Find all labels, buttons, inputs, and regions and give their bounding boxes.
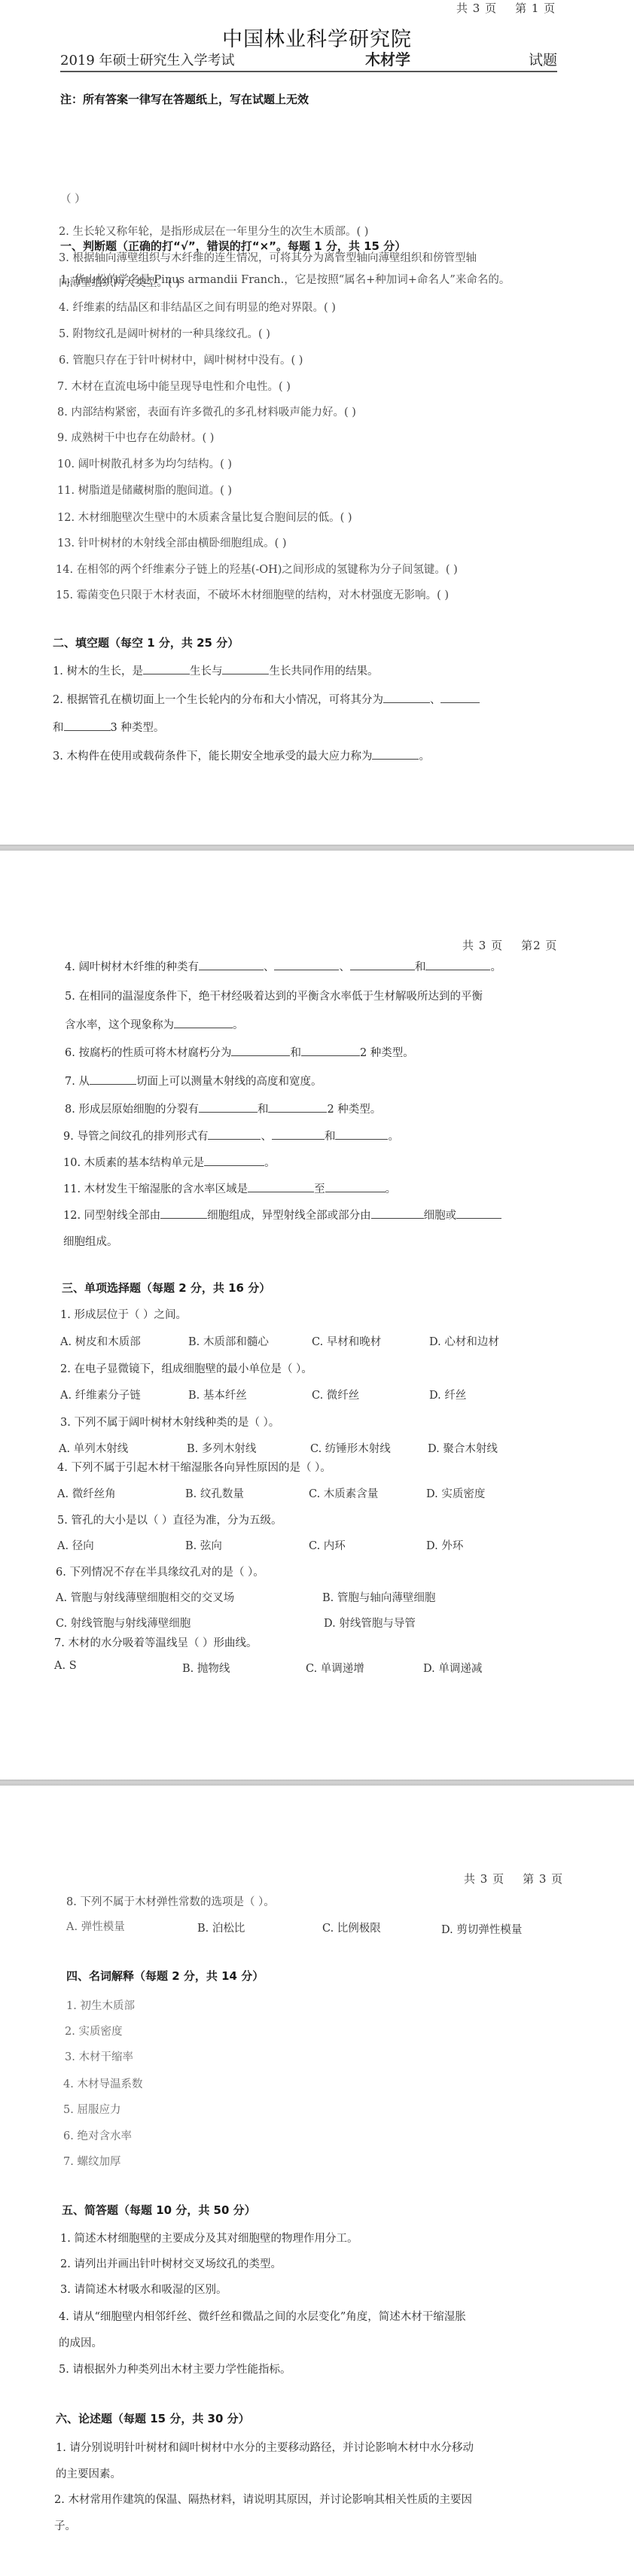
choice-option-d: D. 纤丝 [429, 1387, 466, 1402]
fill-text: 。 [388, 1131, 399, 1143]
fill-text: 2 种类型。 [327, 1104, 381, 1116]
answer-blank [350, 959, 415, 970]
judgment-item: 11. 树脂道是储藏树脂的胞间道。( ) [57, 482, 232, 498]
answer-blank [456, 1207, 501, 1219]
answer-blank [425, 959, 490, 970]
fill-item: 11. 木材发生干缩湿胀的含水率区域是至。 [63, 1180, 396, 1196]
definition-item: 7. 螺纹加厚 [63, 2153, 120, 2169]
judgment-item: 9. 成熟树干中也存在幼龄材。( ) [57, 429, 214, 445]
answer-blank [248, 1181, 314, 1192]
short-answer-item: 2. 请列出并画出针叶树材交叉场纹孔的类型。 [60, 2255, 282, 2271]
choice-option-d: D. 实质密度 [426, 1485, 485, 1501]
choice-option-c: C. 射线管胞与射线薄壁细胞 [56, 1615, 191, 1631]
fill-text: 。 [233, 1019, 244, 1031]
fill-item-cont: 含水率，这个现象称为。 [65, 1016, 244, 1032]
fill-text: 11. 木材发生干缩湿胀的含水率区域是 [63, 1183, 248, 1195]
instruction-note: 注：所有答案一律写在答题纸上，写在试题上无效 [60, 91, 309, 107]
choice-option-b: B. 基本纤丝 [188, 1387, 247, 1402]
choice-option-b: B. 多列木射线 [187, 1440, 256, 1456]
choice-question: 5. 管孔的大小是以（ ）直径为准，分为五级。 [57, 1512, 282, 1527]
fill-item: 12. 同型射线全部由细胞组成，异型射线全部或部分由细胞或 [63, 1207, 501, 1223]
choice-option-a: A. 径向 [57, 1537, 94, 1553]
section-heading-essay: 六、论述题（每题 15 分，共 30 分） [56, 2410, 250, 2426]
section-heading-choice: 三、单项选择题（每题 2 分，共 16 分） [62, 1280, 270, 1296]
title-suffix: 试题 [529, 49, 557, 69]
judgment-item: 6. 管胞只存在于针叶树材中，阔叶树材中没有。( ) [59, 352, 303, 367]
fill-text: 1. 树木的生长，是 [53, 665, 143, 677]
judgment-item: 8. 内部结构紧密，表面有许多微孔的多孔材料吸声能力好。( ) [57, 403, 356, 419]
judgment-item-cont: 向薄壁组织两大类型。( ) [59, 274, 180, 290]
section-heading-fill-blank: 二、填空题（每空 1 分，共 25 分） [53, 635, 239, 650]
total-pages: 共 3 页 [456, 2, 497, 15]
fill-text: 和 [290, 1047, 301, 1059]
total-pages: 共 3 页 [464, 1872, 504, 1886]
choice-option-b: B. 管胞与轴向薄壁细胞 [322, 1589, 435, 1605]
fill-item: 10. 木质素的基本结构单元是。 [63, 1154, 276, 1170]
current-page: 第 1 页 [515, 2, 556, 15]
fill-item-cont: 细胞组成。 [63, 1233, 118, 1249]
answer-blank [372, 748, 419, 760]
fill-item: 8. 形成层原始细胞的分裂有和2 种类型。 [65, 1101, 381, 1116]
fill-text: 至 [314, 1183, 325, 1195]
choice-question: 4. 下列不属于引起木材干缩湿胀各向异性原因的是（ ）。 [57, 1459, 331, 1475]
answer-blank [325, 1181, 386, 1192]
fill-text: 。 [386, 1183, 397, 1195]
fill-text: 。 [490, 961, 501, 973]
judgment-item: 15. 霉菌变色只限于木材表面，不破坏木材细胞壁的结构，对木材强度无影响。( ) [56, 586, 449, 602]
short-answer-item: 3. 请简述木材吸水和吸湿的区别。 [60, 2281, 227, 2297]
answer-blank [335, 1128, 388, 1140]
short-answer-item: 1. 简述木材细胞壁的主要成分及其对细胞壁的物理作用分工。 [60, 2230, 358, 2246]
total-pages: 共 3 页 [462, 939, 503, 952]
fill-item: 7. 从切面上可以测量木射线的高度和宽度。 [65, 1073, 322, 1089]
answer-blank [174, 1017, 233, 1028]
essay-item: 1. 请分别说明针叶树材和阔叶树材中水分的主要移动路径，并讨论影响木材中水分移动 [56, 2439, 474, 2455]
choice-option-c: C. 内环 [309, 1537, 346, 1553]
fill-text: 9. 导管之间纹孔的排列形式有 [63, 1131, 208, 1143]
definition-item: 4. 木材导温系数 [63, 2075, 142, 2091]
choice-option-d: D. 外环 [426, 1537, 463, 1553]
judgment-item: 13. 针叶树材的木射线全部由横卧细胞组成。( ) [57, 534, 287, 550]
fill-text: 、 [339, 961, 350, 973]
essay-item-cont: 的主要因素。 [56, 2465, 121, 2481]
choice-option-d: D. 剪切弹性模量 [441, 1921, 522, 1937]
answer-blank [371, 1207, 424, 1219]
answer-blank [440, 692, 480, 703]
fill-item: 9. 导管之间纹孔的排列形式有、和。 [63, 1128, 399, 1143]
definition-item: 5. 屈服应力 [63, 2101, 120, 2117]
choice-option-d: D. 心材和边材 [429, 1333, 499, 1349]
choice-option-c: C. 比例极限 [322, 1920, 381, 1935]
exam-name: 2019 年硕士研究生入学考试 [60, 50, 235, 69]
fill-text: 和 [258, 1104, 269, 1116]
fill-item: 5. 在相同的温湿度条件下，绝干材经吸着达到的平衡含水率低于生材解吸所达到的平衡 [65, 988, 483, 1003]
choice-option-a: A. 单列木射线 [59, 1440, 128, 1456]
choice-question: 3. 下列不属于阔叶树材木射线种类的是（ ）。 [60, 1414, 279, 1430]
choice-option-c: C. 早材和晚材 [312, 1333, 381, 1349]
fill-text: 、 [264, 961, 275, 973]
fill-text: 生长共同作用的结果。 [269, 665, 378, 677]
fill-text: 切面上可以测量木射线的高度和宽度。 [136, 1076, 322, 1088]
fill-text: 、 [430, 694, 441, 706]
section-heading-definitions: 四、名词解释（每题 2 分，共 14 分） [66, 1968, 264, 1984]
fill-text: 4. 阔叶树材木纤维的种类有 [65, 961, 199, 973]
answer-blank [199, 959, 264, 970]
choice-option-c: C. 木质素含量 [309, 1485, 378, 1501]
fill-item: 6. 按腐朽的性质可将木材腐朽分为和2 种类型。 [65, 1044, 414, 1060]
fill-text: 。 [264, 1157, 276, 1169]
fill-text: 12. 同型射线全部由 [63, 1210, 160, 1222]
answer-blank [64, 720, 111, 731]
answer-blank [143, 663, 190, 674]
fill-item: 4. 阔叶树材木纤维的种类有、、和。 [65, 958, 501, 974]
subject-name: 木材学 [365, 47, 410, 69]
current-page: 第2 页 [521, 939, 557, 952]
essay-item-cont: 子。 [54, 2517, 76, 2533]
judgment-item: 2. 生长轮又称年轮，是指形成层在一年里分生的次生木质部。( ) [59, 223, 368, 239]
short-answer-item: 4. 请从“细胞壁内相邻纤丝、微纤丝和微晶之间的水层变化”角度，简述木材干缩湿胀 [59, 2308, 466, 2324]
choice-option-d: D. 射线管胞与导管 [324, 1615, 416, 1631]
judgment-item: 5. 附物纹孔是阔叶树材的一种具缘纹孔。( ) [59, 325, 270, 341]
fill-item: 3. 木构件在使用或载荷条件下，能长期安全地承受的最大应力称为。 [53, 748, 430, 763]
choice-option-a: A. S [54, 1660, 77, 1672]
current-page: 第 3 页 [523, 1872, 563, 1886]
answer-blank [268, 1101, 327, 1113]
essay-item: 2. 木材常用作建筑的保温、隔热材料，请说明其原因，并讨论影响其相关性质的主要因 [54, 2491, 472, 2507]
definition-item: 1. 初生木质部 [66, 1997, 135, 2013]
definition-item: 3. 木材干缩率 [65, 2048, 133, 2064]
fill-text: 2. 根据管孔在横切面上一个生长轮内的分布和大小情况，可将其分为 [53, 694, 383, 706]
choice-option-b: B. 弦向 [185, 1537, 222, 1553]
fill-text: 3. 木构件在使用或载荷条件下，能长期安全地承受的最大应力称为 [53, 751, 372, 763]
short-answer-item-cont: 的成因。 [59, 2334, 102, 2350]
definition-item: 2. 实质密度 [65, 2023, 122, 2039]
choice-option-b: B. 泊松比 [197, 1920, 245, 1935]
fill-text: 生长与 [190, 665, 223, 677]
choice-question: 2. 在电子显微镜下，组成细胞壁的最小单位是（ ）。 [60, 1360, 312, 1376]
choice-option-d: D. 聚合木射线 [428, 1440, 498, 1456]
judgment-item: 14. 在相邻的两个纤维素分子链上的羟基(-OH)之间形成的氢键称为分子间氢键。… [56, 561, 458, 577]
choice-option-c: C. 微纤丝 [312, 1387, 359, 1402]
fill-item: 1. 树木的生长，是生长与生长共同作用的结果。 [53, 662, 378, 678]
definition-item: 6. 绝对含水率 [63, 2127, 132, 2143]
choice-option-b: B. 纹孔数量 [185, 1485, 244, 1501]
section-heading-short-answer: 五、简答题（每题 10 分，共 50 分） [62, 2202, 256, 2218]
fill-item: 2. 根据管孔在横切面上一个生长轮内的分布和大小情况，可将其分为、 [53, 691, 480, 707]
fill-text: 6. 按腐朽的性质可将木材腐朽分为 [65, 1047, 231, 1059]
answer-blank [160, 1207, 207, 1219]
choice-option-d: D. 单调递减 [423, 1660, 482, 1676]
page-number: 共 3 页第2 页 [462, 937, 557, 953]
answer-blank [222, 663, 269, 674]
answer-blank [208, 1128, 261, 1140]
fill-text: 和 [325, 1131, 336, 1143]
fill-text: 含水率，这个现象称为 [65, 1019, 174, 1031]
fill-text: 和 [415, 961, 426, 973]
choice-question: 1. 形成层位于（ ）之间。 [60, 1306, 187, 1322]
judgment-item: 10. 阔叶树散孔材多为均匀结构。( ) [57, 455, 232, 471]
page-separator [0, 1780, 634, 1786]
judgment-item: 12. 木材细胞壁次生壁中的木质素含量比复合胞间层的低。( ) [57, 509, 352, 525]
page-number: 共 3 页第 1 页 [456, 0, 556, 16]
choice-option-a: A. 微纤丝角 [57, 1485, 116, 1501]
answer-blank [383, 692, 430, 703]
choice-option-a: A. 管胞与射线薄壁细胞相交的交叉场 [56, 1589, 234, 1605]
choice-option-b: B. 木质部和髓心 [188, 1333, 269, 1349]
choice-option-c: C. 单调递增 [306, 1660, 364, 1676]
answer-blank [204, 1155, 264, 1166]
choice-question: 7. 木材的水分吸着等温线呈（ ）形曲线。 [54, 1634, 258, 1650]
page-1: 共 3 页第 1 页 中国林业科学研究院 2019 年硕士研究生入学考试 木材学… [0, 0, 634, 845]
choice-option-a: A. 弹性模量 [66, 1918, 125, 1934]
answer-blank [301, 1045, 360, 1056]
choice-option-a: A. 树皮和木质部 [60, 1333, 141, 1349]
fill-text: 细胞组成，异型射线全部或部分由 [207, 1210, 371, 1222]
choice-option-a: A. 纤维素分子链 [60, 1387, 141, 1402]
answer-blank [272, 1128, 325, 1140]
short-answer-item: 5. 请根据外力种类列出木材主要力学性能指标。 [59, 2361, 291, 2377]
judgment-item-cont: （ ） [60, 190, 86, 206]
fill-text: 细胞或 [424, 1210, 457, 1222]
fill-text: 。 [419, 751, 430, 763]
page-3: 共 3 页第 3 页 8. 下列不属于木材弹性常数的选项是（ ）。 A. 弹性模… [0, 1786, 634, 2576]
choice-option-c: C. 纺锤形木射线 [310, 1440, 391, 1456]
fill-text: 10. 木质素的基本结构单元是 [63, 1157, 204, 1169]
fill-text: 和 [53, 722, 64, 734]
exam-header: 2019 年硕士研究生入学考试 木材学 试题 [60, 48, 557, 72]
fill-text: 、 [261, 1131, 272, 1143]
page-separator [0, 845, 634, 851]
answer-blank [274, 959, 339, 970]
fill-text: 2 种类型。 [360, 1047, 414, 1059]
choice-question: 8. 下列不属于木材弹性常数的选项是（ ）。 [66, 1893, 275, 1909]
fill-text: 8. 形成层原始细胞的分裂有 [65, 1104, 199, 1116]
answer-blank [90, 1073, 136, 1085]
fill-item-cont: 和3 种类型。 [53, 719, 164, 735]
answer-blank [199, 1101, 258, 1113]
fill-text: 7. 从 [65, 1076, 90, 1088]
fill-text: 3 种类型。 [111, 722, 165, 734]
choice-option-b: B. 抛物线 [182, 1660, 230, 1676]
choice-question: 6. 下列情况不存在半具缘纹孔对的是（ ）。 [56, 1564, 264, 1579]
judgment-item: 3. 根据轴向薄壁组织与木纤维的连生情况，可将其分为离管型轴向薄壁组织和傍管型轴 [59, 249, 477, 265]
judgment-item: 4. 纤维素的结晶区和非结晶区之间有明显的绝对界限。( ) [59, 299, 336, 315]
judgment-item: 7. 木材在直流电场中能呈现导电性和介电性。( ) [57, 378, 291, 394]
page-2: 共 3 页第2 页 4. 阔叶树材木纤维的种类有、、和。 5. 在相同的温湿度条… [0, 851, 634, 1780]
page-number: 共 3 页第 3 页 [464, 1871, 563, 1886]
answer-blank [231, 1045, 290, 1056]
